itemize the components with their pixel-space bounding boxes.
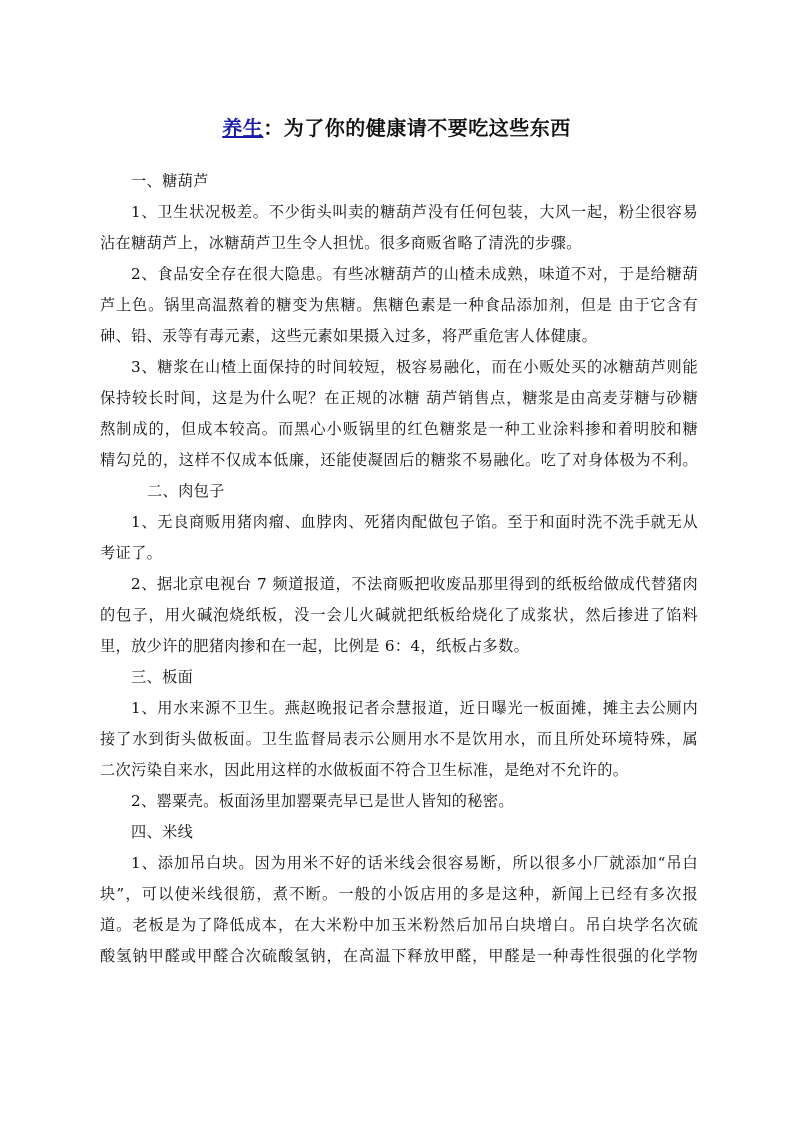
paragraph-line: 1、无良商贩用猪肉瘤、血脖肉、死猪肉配做包子馅。至于和面时洗不洗手就无从 [100, 507, 698, 538]
paragraph-line: 接了水到街头做板面。卫生监督局表示公厕用水不是饮用水，而且所处环境特殊，属 [100, 724, 698, 755]
paragraph-line: 3、糖浆在山楂上面保持的时间较短，极容易融化，而在小贩处买的冰糖葫芦则能 [100, 352, 698, 383]
paragraph-line: 1、添加吊白块。因为用米不好的话米线会很容易断，所以很多小厂就添加“吊白 [100, 848, 698, 879]
document-title: 养生：为了你的健康请不要吃这些东西 [0, 114, 793, 142]
document-body: 一、糖葫芦 1、卫生状况极差。不少街头叫卖的糖葫芦没有任何包装，大风一起，粉尘很… [100, 166, 698, 972]
document-page: 养生：为了你的健康请不要吃这些东西 一、糖葫芦 1、卫生状况极差。不少街头叫卖的… [0, 0, 793, 1122]
paragraph-line: 2、食品安全存在很大隐患。有些冰糖葫芦的山楂未成熟，味道不对，于是给糖葫 [100, 259, 698, 290]
paragraph-line: 考证了。 [100, 538, 698, 569]
paragraph-line: 道。老板是为了降低成本，在大米粉中加玉米粉然后加吊白块增白。吊白块学名次硫 [100, 910, 698, 941]
paragraph-line: 芦上色。锅里高温熬着的糖变为焦糖。焦糖色素是一种食品添加剂，但是 由于它含有 [100, 290, 698, 321]
paragraph-line: 1、用水来源不卫生。燕赵晚报记者佘慧报道，近日曝光一板面摊，摊主去公厕内 [100, 693, 698, 724]
paragraph-line: 1、卫生状况极差。不少街头叫卖的糖葫芦没有任何包装，大风一起，粉尘很容易 [100, 197, 698, 228]
title-link-yangsheng[interactable]: 养生 [222, 116, 263, 140]
section-heading: 一、糖葫芦 [100, 166, 698, 197]
paragraph-line: 酸氢钠甲醛或甲醛合次硫酸氢钠，在高温下释放甲醛，甲醛是一种毒性很强的化学物 [100, 941, 698, 972]
title-text: ：为了你的健康请不要吃这些东西 [263, 116, 571, 140]
section-heading: 三、板面 [100, 662, 698, 693]
section-heading: 四、米线 [100, 817, 698, 848]
section-heading: 二、肉包子 [100, 476, 698, 507]
paragraph-line: 块”，可以使米线很筋，煮不断。一般的小饭店用的多是这种，新闻上已经有多次报 [100, 879, 698, 910]
paragraph-line: 2、罂粟壳。板面汤里加罂粟壳早已是世人皆知的秘密。 [100, 786, 698, 817]
paragraph-line: 砷、铅、汞等有毒元素，这些元素如果摄入过多，将严重危害人体健康。 [100, 321, 698, 352]
paragraph-line: 的包子，用火碱泡烧纸板，没一会儿火碱就把纸板给烧化了成浆状，然后掺进了馅料 [100, 600, 698, 631]
paragraph-line: 保持较长时间，这是为什么呢？在正规的冰糖 葫芦销售点，糖浆是由高麦芽糖与砂糖 [100, 383, 698, 414]
paragraph-line: 2、据北京电视台 7 频道报道，不法商贩把收废品那里得到的纸板给做成代替猪肉 [100, 569, 698, 600]
paragraph-line: 熬制成的，但成本较高。而黑心小贩锅里的红色糖浆是一种工业涂料掺和着明胶和糖 [100, 414, 698, 445]
paragraph-line: 精勾兑的，这样不仅成本低廉，还能使凝固后的糖浆不易融化。吃了对身体极为不利。 [100, 445, 698, 476]
paragraph-line: 里，放少许的肥猪肉掺和在一起，比例是 6：4，纸板占多数。 [100, 631, 698, 662]
paragraph-line: 二次污染自来水，因此用这样的水做板面不符合卫生标准，是绝对不允许的。 [100, 755, 698, 786]
paragraph-line: 沾在糖葫芦上，冰糖葫芦卫生令人担忧。很多商贩省略了清洗的步骤。 [100, 228, 698, 259]
